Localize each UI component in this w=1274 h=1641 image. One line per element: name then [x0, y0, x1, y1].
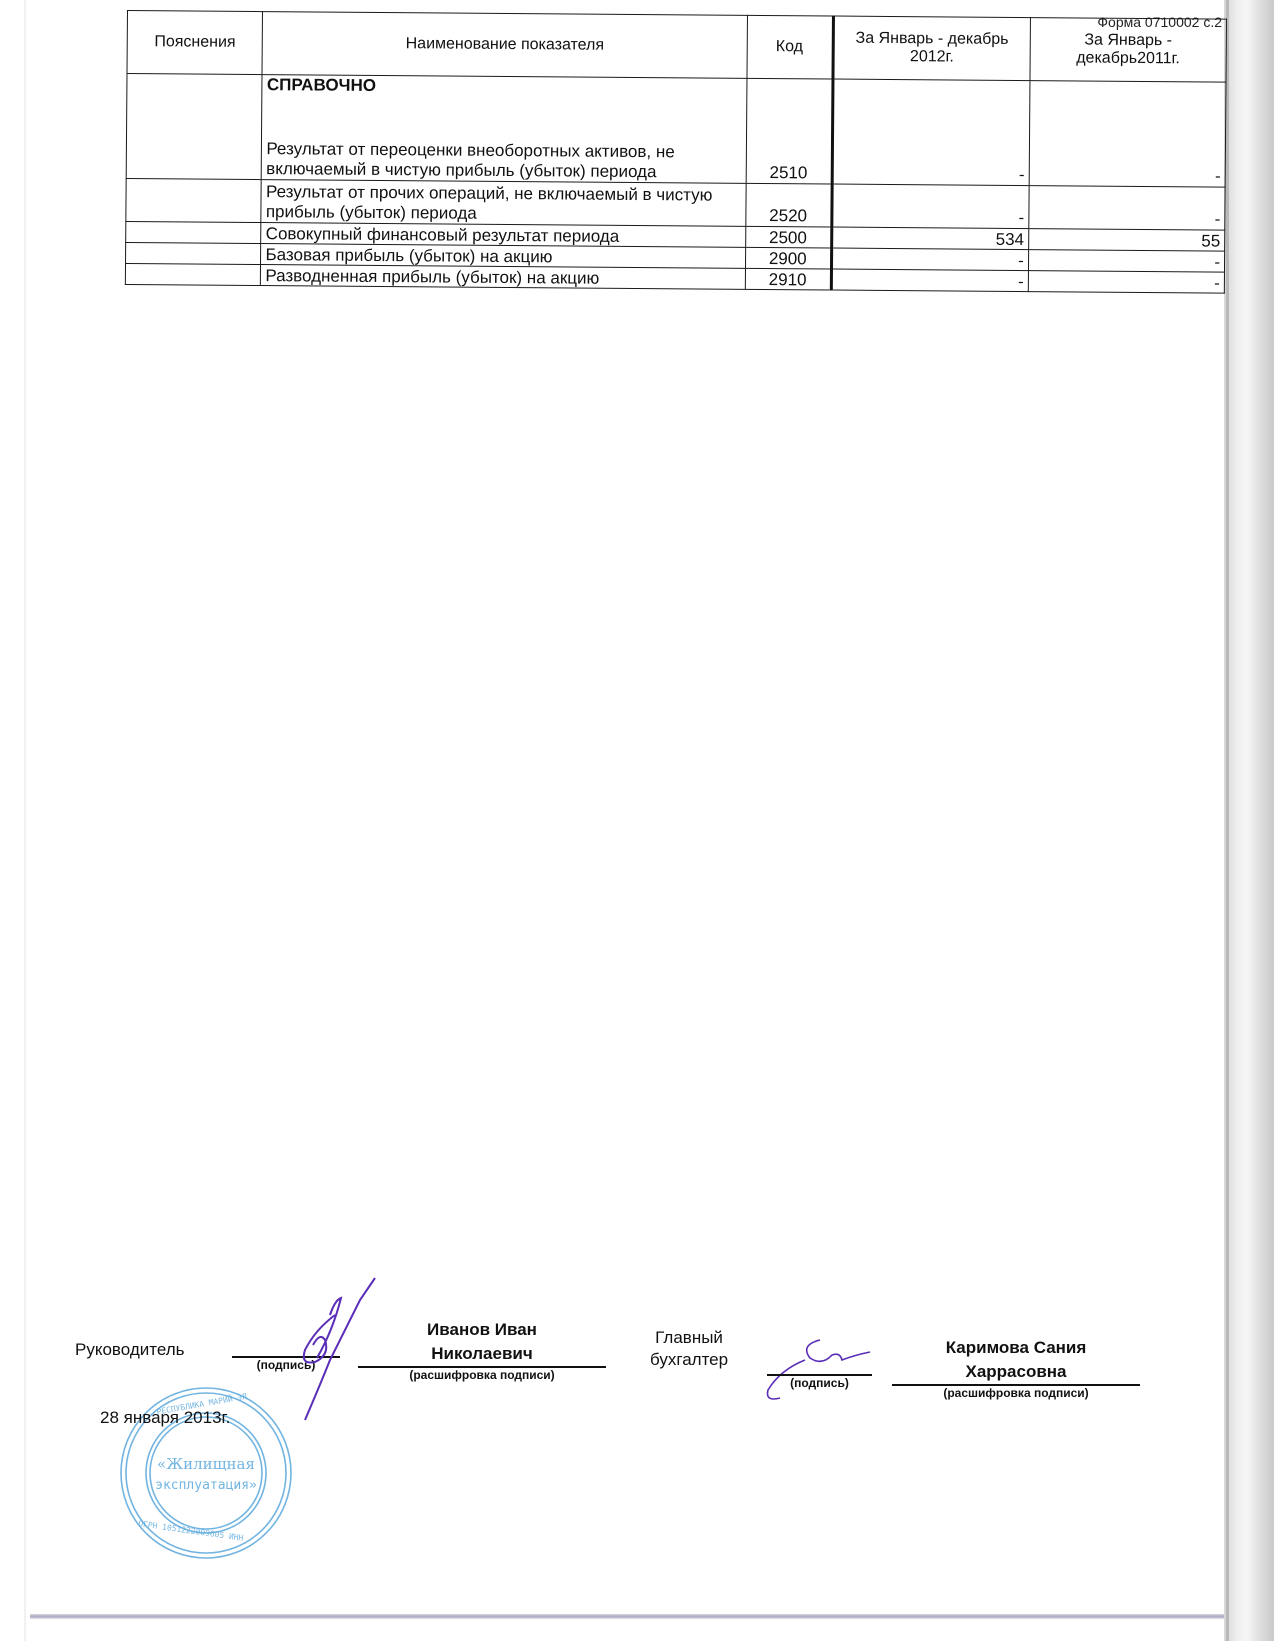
cell-explanation	[126, 74, 262, 180]
cell-previous: -	[1028, 250, 1224, 273]
header-code: Код	[747, 15, 833, 79]
header-indicator: Наименование показателя	[262, 12, 747, 79]
director-role: Руководитель	[75, 1340, 185, 1360]
cell-explanation	[125, 263, 261, 285]
cell-code: 2500	[745, 226, 831, 248]
director-name-line2: Николаевич	[358, 1342, 606, 1366]
table-header-row: Пояснения Наименование показателя Код За…	[127, 11, 1226, 83]
cell-current: -	[831, 269, 1028, 292]
page-left-edge	[24, 0, 26, 1641]
accountant-signature-caption: (подпись)	[767, 1376, 872, 1390]
cell-previous: 55	[1028, 229, 1224, 252]
cell-explanation	[126, 221, 262, 243]
header-explanations: Пояснения	[127, 11, 263, 75]
accountant-name-caption: (расшифровка подписи)	[892, 1386, 1140, 1400]
accountant-role: Главный бухгалтер	[650, 1327, 728, 1371]
accountant-role-line1: Главный	[650, 1327, 728, 1349]
cell-indicator: Результат от прочих операций, не включае…	[261, 180, 746, 227]
header-period-previous: За Январь - декабрь2011г.	[1030, 18, 1227, 83]
cell-previous: -	[1029, 81, 1226, 188]
report-table: Пояснения Наименование показателя Код За…	[125, 10, 1227, 294]
director-name-line1: Иванов Иван	[358, 1318, 606, 1342]
cell-explanation	[126, 178, 262, 222]
cell-indicator: Результат от переоценки внеоборотных акт…	[262, 97, 747, 183]
cell-explanation	[126, 242, 262, 264]
cell-current: -	[831, 248, 1028, 271]
accountant-signature-field: (подпись)	[767, 1374, 872, 1390]
cell-code: 2910	[745, 268, 831, 290]
cell-current: 534	[831, 227, 1028, 250]
director-name-caption: (расшифровка подписи)	[358, 1368, 606, 1382]
accountant-name-line2: Харрасовна	[892, 1360, 1140, 1384]
stamp-line1: «Жилищная	[157, 1455, 255, 1473]
page-bottom-edge	[30, 1614, 1224, 1619]
accountant-signature-icon	[760, 1330, 880, 1410]
stamp-line2: эксплуатация»	[155, 1478, 257, 1493]
cell-indicator: Разводненная прибыль (убыток) на акцию	[261, 265, 745, 290]
accountant-role-line2: бухгалтер	[650, 1349, 728, 1371]
cell-current: -	[832, 184, 1029, 229]
accountant-name-line1: Каримова Сания	[892, 1336, 1140, 1360]
cell-code: 2520	[746, 183, 832, 227]
cell-previous: -	[1028, 271, 1224, 294]
director-name-field: Иванов Иван Николаевич (расшифровка подп…	[358, 1318, 606, 1382]
cell-code: 2900	[745, 247, 831, 269]
page-binding-edge	[1224, 0, 1274, 1641]
report-date: 28 января 2013г.	[100, 1408, 230, 1428]
accountant-name-field: Каримова Сания Харрасовна (расшифровка п…	[892, 1336, 1140, 1400]
cell-code: 2510	[746, 78, 833, 184]
cell-current: -	[832, 79, 1030, 186]
cell-previous: -	[1029, 186, 1226, 231]
header-period-current: За Январь - декабрь 2012г.	[833, 16, 1031, 81]
